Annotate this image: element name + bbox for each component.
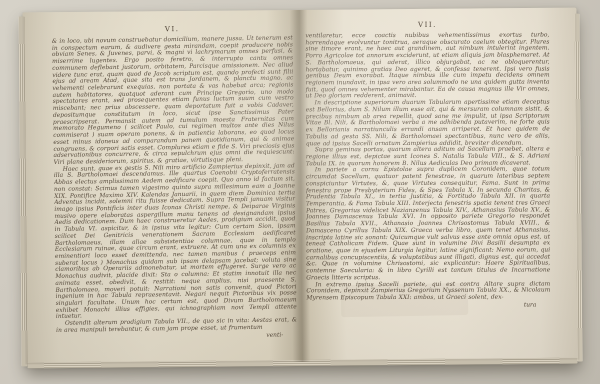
right-page-paragraph: ventilaretur, ecce coactis nubibus vehem… [305, 32, 549, 100]
page-edges-left [19, 16, 28, 366]
right-page-paragraph: In pariete a cornu Epistolae supra dupli… [306, 167, 550, 282]
left-page: VI. & in loco, ubi novum construebatur d… [52, 23, 298, 353]
right-page-catchword: tura [306, 302, 550, 309]
page-edges-right [575, 14, 583, 362]
photo-backdrop: VI. & in loco, ubi novum construebatur d… [0, 0, 600, 384]
right-page-paragraph: Supra geminas portas, quarum altera adit… [306, 147, 550, 168]
open-book: VI. & in loco, ubi novum construebatur d… [22, 8, 579, 365]
left-page-paragraph: Haec sunt, quae ex gestis S. Nili miro a… [54, 163, 297, 321]
right-page: VII. ventilaretur, ecce coactis nubibus … [305, 20, 550, 339]
right-page-number: VII. [305, 20, 549, 29]
page-edges-bottom [28, 358, 578, 369]
right-page-paragraph: In extremo ipsius Sacelli pariete, qui e… [306, 281, 550, 302]
left-page-paragraph: & in loco, ubi novum construebatur domic… [52, 35, 295, 166]
right-page-paragraph: In descriptione superiorum duarum Tabula… [306, 100, 550, 148]
left-page-number: VI. [52, 23, 293, 35]
